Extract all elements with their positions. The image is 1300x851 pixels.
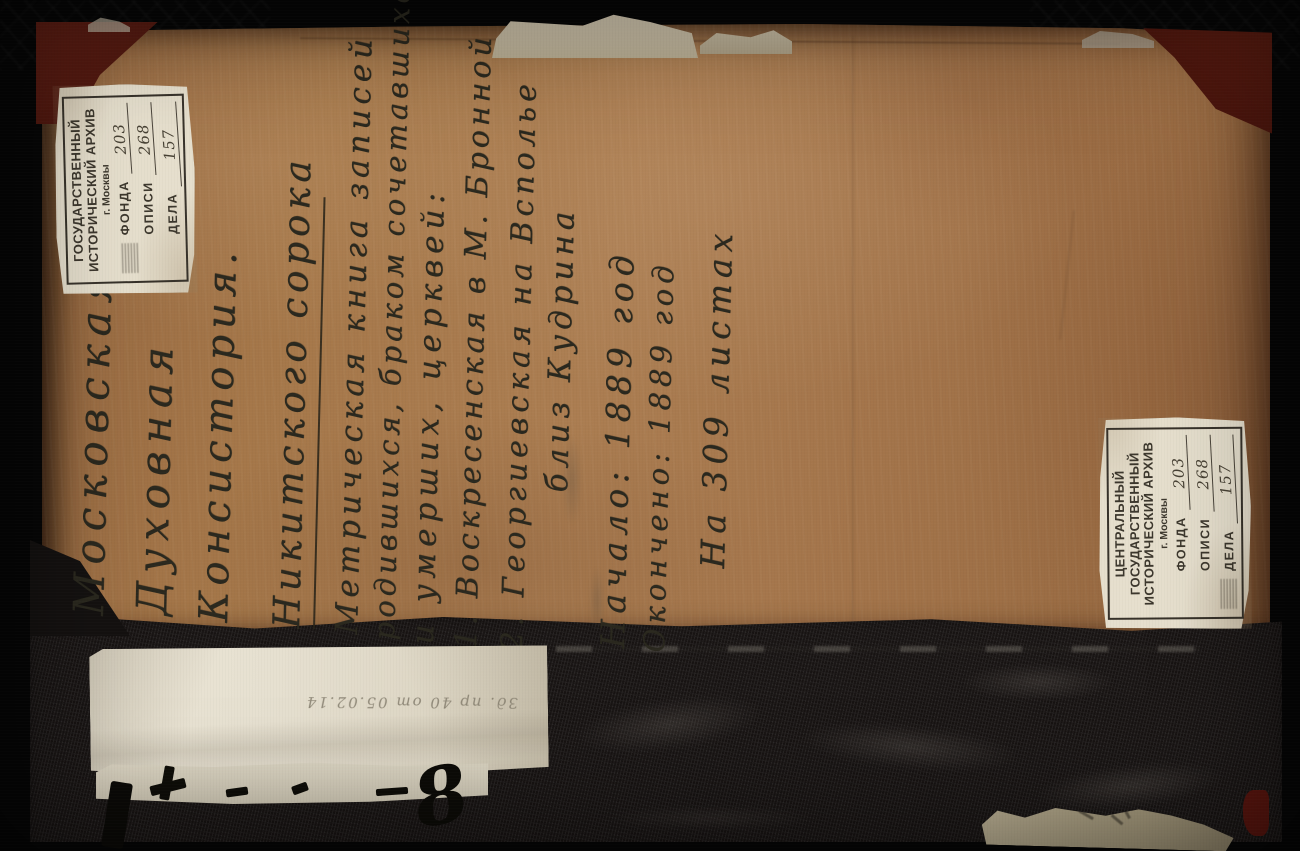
field-value-handwritten: 203 (1170, 435, 1189, 511)
field-value-handwritten: 157 (1218, 435, 1238, 525)
archive-stamp-right: ЦЕНТРАЛЬНЫЙ ГОСУДАРСТВЕННЫЙ ИСТОРИЧЕСКИЙ… (1098, 417, 1252, 630)
spine-label: Зд. пр 40 от 05.02.14 (89, 643, 549, 781)
pencil-smudge (586, 555, 608, 645)
archival-scan: Московская Духовная Консистория. Никитск… (0, 0, 1300, 851)
stamp-title: ИСТОРИЧЕСКИЙ АРХИВ (1141, 436, 1157, 612)
pencil-smudge (558, 420, 586, 540)
field-label: ФОНДА (1174, 516, 1188, 571)
stamp-field-row: ОПИСИ 268 (1196, 435, 1213, 571)
field-label: ДЕЛА (1222, 530, 1236, 571)
stamp-frame: ГОСУДАРСТВЕННЫЙ ИСТОРИЧЕСКИЙ АРХИВ г. Мо… (62, 94, 189, 285)
field-value-handwritten: 268 (136, 102, 157, 176)
handwriting-line: Консистория. (194, 246, 243, 623)
stamp-fields: ФОНДА 203 ОПИСИ 268 ДЕЛА 157 (112, 102, 182, 236)
stamp-emblem-fine-print (1219, 579, 1237, 609)
stamp-field-row: ДЕЛА 157 (161, 102, 180, 234)
handwriting-line: На 309 листах (696, 227, 737, 568)
paper-crease (852, 36, 854, 628)
stamp-emblem (116, 234, 184, 276)
pencil-note-upside-down: Зд. пр 40 от 05.02.14 (218, 693, 518, 712)
scrap-scribble (1111, 814, 1124, 825)
handwriting-line: Духовная (131, 339, 180, 616)
field-label: ОПИСИ (1198, 518, 1212, 571)
paper-scrap (492, 12, 698, 58)
stamp-field-row: ОПИСИ 268 (137, 102, 156, 234)
stamp-field-row: ФОНДА 203 (113, 103, 132, 235)
stamp-body: ФОНДА 203 ОПИСИ 268 ДЕЛА 157 (1171, 435, 1239, 612)
stamp-emblem (1172, 571, 1239, 612)
stamp-field-row: ДЕЛА 157 (1220, 435, 1237, 571)
field-label: ФОНДА (117, 180, 132, 235)
stamp-body: ФОНДА 203 ОПИСИ 268 ДЕЛА 157 (112, 102, 183, 276)
archive-stamp-left: ГОСУДАРСТВЕННЫЙ ИСТОРИЧЕСКИЙ АРХИВ г. Мо… (53, 82, 198, 296)
handwriting-line: Московская (68, 267, 118, 616)
field-value-handwritten: 268 (1194, 435, 1213, 513)
stamp-fields: ФОНДА 203 ОПИСИ 268 ДЕЛА 157 (1171, 435, 1239, 572)
field-value-handwritten: 157 (160, 102, 181, 188)
field-label: ОПИСИ (141, 181, 156, 235)
leather-corner-bottom-right (1243, 790, 1269, 836)
stamp-frame: ЦЕНТРАЛЬНЫЙ ГОСУДАРСТВЕННЫЙ ИСТОРИЧЕСКИЙ… (1106, 427, 1244, 620)
stamp-emblem-fine-print (120, 243, 139, 273)
stamp-field-row: ФОНДА 203 (1172, 435, 1189, 571)
field-label: ДЕЛА (165, 193, 180, 234)
field-value-handwritten: 203 (112, 103, 132, 175)
label-creases (89, 643, 549, 781)
